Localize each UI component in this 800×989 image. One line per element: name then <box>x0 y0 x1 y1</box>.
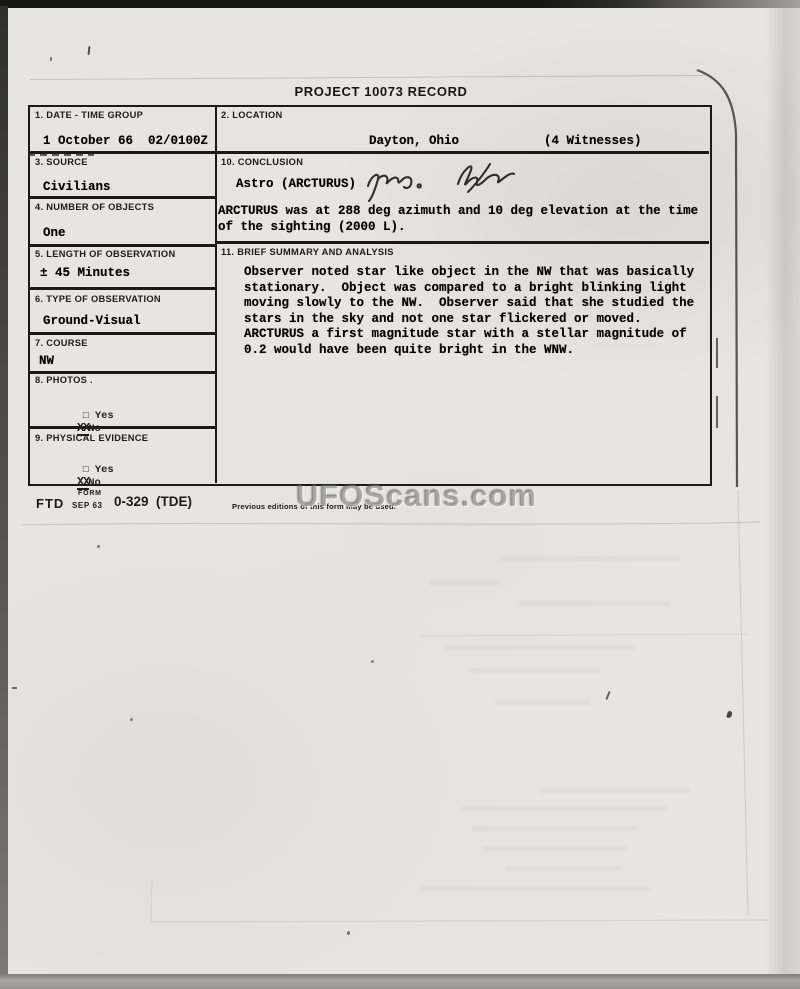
row-line <box>30 151 709 154</box>
scan-tick <box>716 396 718 428</box>
footer-agency: FTD <box>36 496 64 511</box>
field-value-course: NW <box>39 354 54 368</box>
bleed-through-smudge <box>540 788 690 793</box>
footer-form-date: SEP 63 <box>72 501 103 510</box>
bleed-through-smudge <box>482 846 627 851</box>
bleed-through-smudge <box>520 601 670 606</box>
physical-evidence-no-label: No <box>88 477 101 489</box>
conclusion-note: ARCTURUS was at 288 deg azimuth and 10 d… <box>218 204 698 235</box>
field-label-length-of-observation: 5. LENGTH OF OBSERVATION <box>35 249 175 259</box>
footer-form-word: FORM <box>78 490 102 497</box>
field-label-course: 7. COURSE <box>35 338 88 348</box>
handwritten-annotation <box>362 160 547 204</box>
field-label-photos: 8. PHOTOS . <box>35 375 93 385</box>
dashed-underline <box>28 154 94 156</box>
field-label-date-time-group: 1. DATE - TIME GROUP <box>35 110 143 120</box>
bleed-through-smudge <box>430 580 500 585</box>
row-line <box>30 244 215 247</box>
bleed-through-smudge <box>445 645 635 650</box>
field-value-type-of-observation: Ground-Visual <box>43 314 141 328</box>
bleed-through-smudge <box>505 866 620 871</box>
field-value-source: Civilians <box>43 180 111 194</box>
scan-speck <box>97 545 100 548</box>
field-value-witnesses: (4 Witnesses) <box>544 134 642 148</box>
scan-speck <box>130 718 133 721</box>
scan-tick <box>716 338 718 368</box>
bleed-through-smudge <box>462 806 667 811</box>
row-line <box>30 332 215 335</box>
scan-speck <box>50 57 52 61</box>
bleed-through-smudge <box>420 886 650 891</box>
scan-speck <box>371 660 374 663</box>
field-label-source: 3. SOURCE <box>35 157 88 167</box>
field-label-conclusion: 10. CONCLUSION <box>221 157 303 167</box>
field-label-brief-summary: 11. BRIEF SUMMARY AND ANALYSIS <box>221 247 394 257</box>
field-value-conclusion: Astro (ARCTURUS) <box>236 177 356 191</box>
field-label-location: 2. LOCATION <box>221 110 283 120</box>
bleed-through-smudge <box>500 556 680 561</box>
bleed-through-smudge <box>472 826 637 831</box>
row-line <box>30 287 215 290</box>
bleed-through-smudge <box>495 700 590 705</box>
scan-speck <box>12 687 17 689</box>
watermark: UFOScans.com <box>296 478 537 514</box>
scan-speck <box>347 931 350 935</box>
bleed-through-smudge <box>470 668 600 673</box>
row-line <box>30 196 215 199</box>
footer-form-number: 0-329 (TDE) <box>114 494 192 509</box>
field-value-location: Dayton, Ohio <box>369 134 459 148</box>
field-label-physical-evidence: 9. PHYSICAL EVIDENCE <box>35 433 148 443</box>
field-value-length-of-observation: ± 45 Minutes <box>40 266 130 280</box>
brief-summary-text: Observer noted star like object in the N… <box>244 265 694 359</box>
row-line <box>215 241 709 244</box>
field-value-number-of-objects: One <box>43 226 66 240</box>
scanned-document: PROJECT 10073 RECORD 1. DATE - TIME GROU… <box>0 0 800 989</box>
field-value-date-time-group: 1 October 66 02/0100Z <box>43 134 208 148</box>
row-line <box>30 371 215 374</box>
field-label-type-of-observation: 6. TYPE OF OBSERVATION <box>35 294 161 304</box>
field-label-number-of-objects: 4. NUMBER OF OBJECTS <box>35 202 154 212</box>
